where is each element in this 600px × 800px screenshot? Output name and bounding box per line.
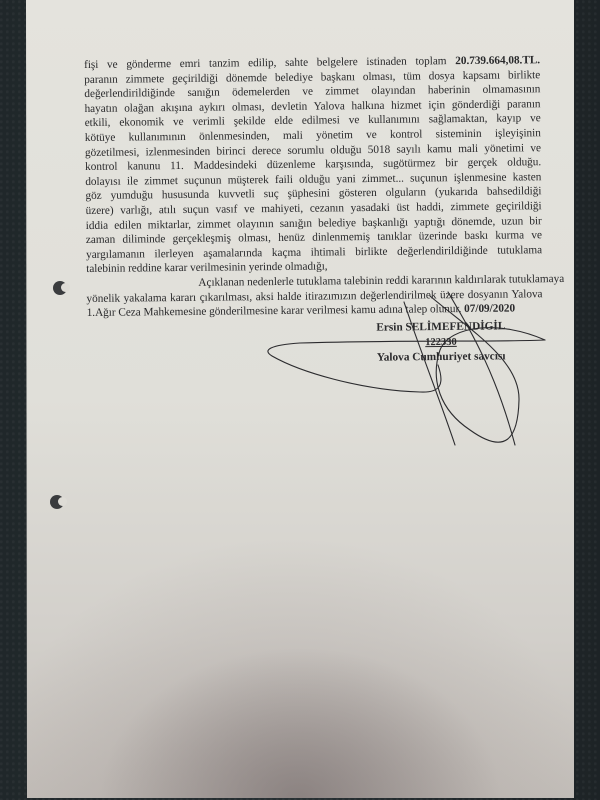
prosecutor-title: Yalova Cumhuriyet savcısı xyxy=(356,349,526,366)
prosecutor-name: Ersin SELİMEFENDİGİL xyxy=(356,319,526,336)
punch-hole-mark xyxy=(50,495,64,509)
punch-hole-mark xyxy=(53,281,67,295)
document-body: fişi ve gönderme emri tanzim edilip, sah… xyxy=(84,53,543,320)
paragraph-1: fişi ve gönderme emri tanzim edilip, sah… xyxy=(84,53,542,277)
signature-block: Ersin SELİMEFENDİGİL 122330 Yalova Cumhu… xyxy=(356,319,526,366)
document-date: 07/09/2020 xyxy=(464,303,515,316)
registry-number: 122330 xyxy=(356,334,526,351)
total-amount: 20.739.664,08.TL. xyxy=(455,54,540,67)
paragraph-2: Açıklanan nedenlerle tutuklama talebinin… xyxy=(86,272,542,321)
